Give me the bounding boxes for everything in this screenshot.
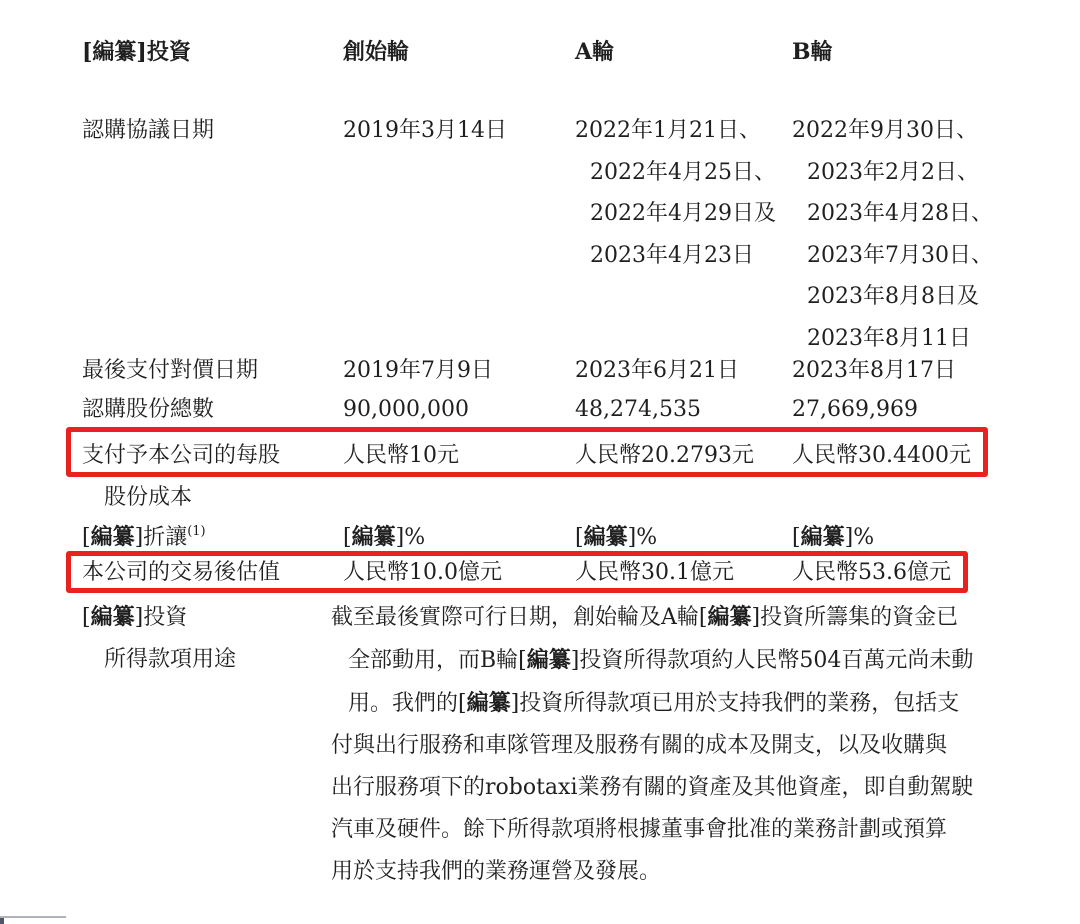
cell-line: 2023年4月28日、 (792, 193, 1040, 235)
header-series-b: B輪 (792, 31, 1040, 73)
table-row-subscription-agreement-date: 認購協議日期 2019年3月14日 2022年1月21日、2022年4月25日、… (82, 110, 1040, 359)
cell-total-shares-series-a: 48,274,535 (575, 389, 792, 431)
cell-line: 2019年3月14日 (343, 110, 575, 152)
cell-last-payment-series-b: 2023年8月17日 (792, 350, 1040, 392)
paragraph-line: 截至最後實際可行日期，創始輪及A輪[編纂]投資所籌集的資金已 (331, 596, 1003, 639)
text-segment: 用。我們的[ (348, 691, 467, 716)
text-segment: ]% (628, 525, 658, 550)
text-segment: [ (575, 525, 584, 550)
cell-line: 股份成本 (82, 477, 343, 519)
text-segment: 編纂 (91, 604, 135, 630)
cell-line: 2022年4月25日、 (575, 152, 792, 194)
text-segment: ]% (396, 525, 426, 550)
text-segment: 編纂 (352, 524, 396, 550)
text-segment: ]投資 (135, 605, 188, 630)
text-segment: 編纂 (584, 524, 628, 550)
text-segment: 截至最後實際可行日期，創始輪及A輪[ (331, 605, 707, 630)
row-label-total-shares: 認購股份總數 (82, 389, 343, 431)
table-header-row: [編纂]投資 創始輪 A輪 B輪 (82, 31, 1040, 73)
cell-subscription-date-series-b: 2022年9月30日、2023年2月2日、2023年4月28日、2023年7月3… (792, 110, 1040, 359)
row-label-use-of-proceeds: [編纂]投資 所得款項用途 (82, 596, 331, 681)
text-segment: [ (792, 525, 801, 550)
cell-line: 2023年8月8日及 (792, 276, 1040, 318)
prospectus-document-page: [編纂]投資 創始輪 A輪 B輪 認購協議日期 2019年3月14日 2022年… (0, 0, 1080, 924)
paragraph-line: 汽車及硬件。餘下所得款項將根據董事會批准的業務計劃或預算 (331, 809, 1003, 851)
cell-line: 2023年4月23日 (575, 235, 792, 277)
text-segment: ]投資所得款項已用於支持我們的業務，包括支 (511, 691, 960, 716)
row-label-subscription-agreement-date: 認購協議日期 (82, 110, 343, 152)
table-row-total-subscribed-shares: 認購股份總數 90,000,000 48,274,535 27,669,969 (82, 389, 1040, 431)
cell-valuation-founding: 人民幣10.0億元 (343, 552, 575, 594)
cell-total-shares-series-b: 27,669,969 (792, 389, 1040, 431)
table-row-last-consideration-payment-date: 最後支付對價日期 2019年7月9日 2023年6月21日 2023年8月17日 (82, 350, 1040, 392)
text-segment: ]折讓 (135, 525, 188, 550)
text-segment: ]投資所得款項約人民幣504百萬元尚未動 (571, 648, 974, 673)
cell-valuation-series-b: 人民幣53.6億元 (792, 552, 1040, 594)
paragraph-line: 付與出行服務和車隊管理及服務有關的成本及開支，以及收購與 (331, 725, 1003, 767)
use-of-proceeds-paragraph: 截至最後實際可行日期，創始輪及A輪[編纂]投資所籌集的資金已全部動用，而B輪[編… (331, 596, 1003, 893)
text-segment: 編纂 (527, 647, 571, 673)
table-row-cost-per-share: 支付予本公司的每股股份成本 人民幣10元 人民幣20.2793元 人民幣30.4… (82, 435, 1040, 518)
cell-line: 2022年9月30日、 (792, 110, 1040, 152)
cell-cost-per-share-series-a: 人民幣20.2793元 (575, 435, 792, 477)
paragraph-line: 出行服務項下的robotaxi業務有關的資產及其他資產，即自動駕駛 (331, 767, 1003, 809)
text-segment: 汽車及硬件。餘下所得款項將根據董事會批准的業務計劃或預算 (331, 817, 947, 842)
table-row-post-transaction-valuation: 本公司的交易後估值 人民幣10.0億元 人民幣30.1億元 人民幣53.6億元 (82, 552, 1040, 594)
cell-line: 2022年1月21日、 (575, 110, 792, 152)
row-label-last-payment-date: 最後支付對價日期 (82, 350, 343, 392)
text-segment: 編纂 (91, 524, 135, 550)
cell-line: 2023年2月2日、 (792, 152, 1040, 194)
text-segment: 用於支持我們的業務運營及發展。 (331, 859, 661, 884)
page-edge-artifact-line (0, 916, 66, 918)
text-segment: 編纂 (707, 604, 751, 630)
text-segment: [ (82, 525, 91, 550)
use-of-proceeds-label-line1: [編纂]投資 (82, 596, 331, 639)
use-of-proceeds-label-line2: 所得款項用途 (82, 639, 331, 681)
cell-line: 2022年4月29日及 (575, 193, 792, 235)
text-segment: [ (343, 525, 352, 550)
text-segment: 編纂 (801, 524, 845, 550)
cell-subscription-date-founding: 2019年3月14日 (343, 110, 575, 152)
text-segment: [ (82, 605, 91, 630)
page-edge-artifact-nub (0, 918, 4, 924)
row-label-cost-per-share: 支付予本公司的每股股份成本 (82, 435, 343, 518)
text-segment: 全部動用，而B輪[ (348, 648, 527, 673)
cell-last-payment-founding: 2019年7月9日 (343, 350, 575, 392)
superscript-note-ref: (1) (187, 524, 205, 539)
cell-last-payment-series-a: 2023年6月21日 (575, 350, 792, 392)
text-segment: ]% (845, 525, 875, 550)
cell-total-shares-founding: 90,000,000 (343, 389, 575, 431)
cell-cost-per-share-series-b: 人民幣30.4400元 (792, 435, 1040, 477)
header-founding-round: 創始輪 (343, 31, 575, 73)
paragraph-line: 用。我們的[編纂]投資所得款項已用於支持我們的業務，包括支 (331, 682, 1003, 725)
cell-subscription-date-series-a: 2022年1月21日、2022年4月25日、2022年4月29日及2023年4月… (575, 110, 792, 276)
paragraph-line: 全部動用，而B輪[編纂]投資所得款項約人民幣504百萬元尚未動 (331, 639, 1003, 682)
header-series-a: A輪 (575, 31, 792, 73)
text-segment: ]投資所籌集的資金已 (752, 605, 959, 630)
cell-valuation-series-a: 人民幣30.1億元 (575, 552, 792, 594)
row-label-valuation: 本公司的交易後估值 (82, 552, 343, 594)
header-investment: [編纂]投資 (82, 31, 343, 73)
text-segment: 出行服務項下的robotaxi業務有關的資產及其他資產，即自動駕駛 (331, 775, 974, 800)
cell-line: 2023年7月30日、 (792, 235, 1040, 277)
text-segment: 付與出行服務和車隊管理及服務有關的成本及開支，以及收購與 (331, 733, 947, 758)
table-row-use-of-proceeds: [編纂]投資 所得款項用途 截至最後實際可行日期，創始輪及A輪[編纂]投資所籌集… (82, 596, 1040, 893)
cell-cost-per-share-founding: 人民幣10元 (343, 435, 575, 477)
text-segment: 編纂 (467, 690, 511, 716)
paragraph-line: 用於支持我們的業務運營及發展。 (331, 851, 1003, 893)
cell-line: 支付予本公司的每股 (82, 435, 343, 477)
